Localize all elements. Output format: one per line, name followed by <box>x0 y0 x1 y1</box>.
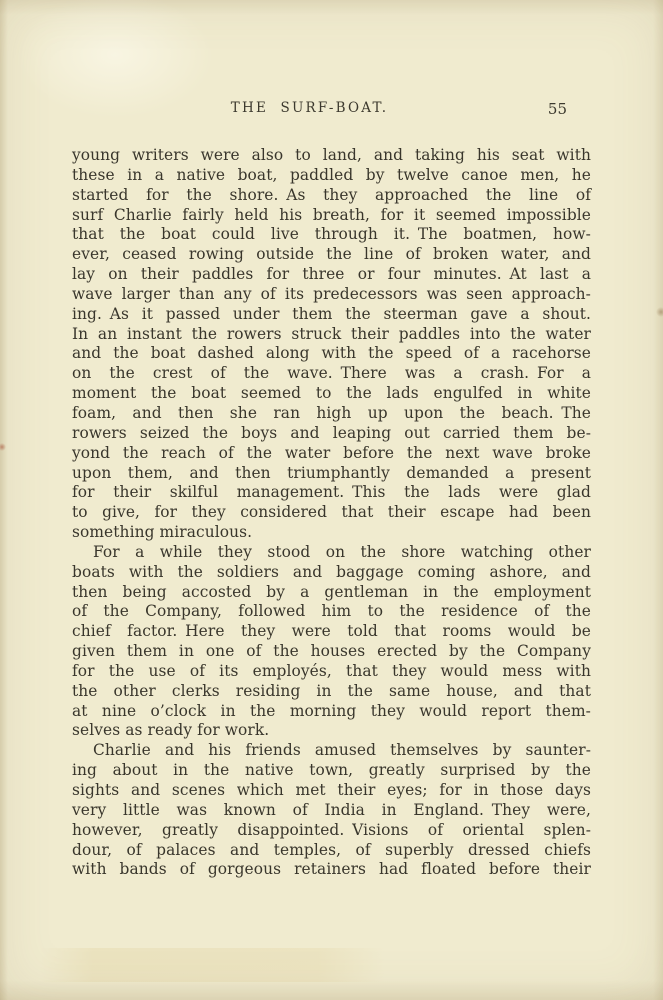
text-line: something miraculous. <box>72 523 591 543</box>
scanned-book-page: THE SURF-BOAT. 55 young writers were als… <box>0 0 663 1000</box>
text-line: For a while they stood on the shore watc… <box>72 543 591 563</box>
text-line: ever, ceased rowing outside the line of … <box>72 245 591 265</box>
text-line: surf Charlie fairly held his breath, for… <box>72 206 591 226</box>
text-line: of the Company, followed him to the resi… <box>72 602 591 622</box>
page-number: 55 <box>548 100 567 118</box>
text-line: ing about in the native town, greatly su… <box>72 761 591 781</box>
text-line: ing. As it passed under them the steerma… <box>72 305 591 325</box>
text-line: and the boat dashed along with the speed… <box>72 344 591 364</box>
text-line: boats with the soldiers and baggage comi… <box>72 563 591 583</box>
text-line: given them in one of the houses erected … <box>72 642 591 662</box>
text-line: foam, and then she ran high up upon the … <box>72 404 591 424</box>
text-line: to give, for they considered that their … <box>72 503 591 523</box>
text-column: THE SURF-BOAT. 55 young writers were als… <box>72 100 591 880</box>
text-line: that the boat could live through it. The… <box>72 225 591 245</box>
paragraph: Charlie and his friends amused themselve… <box>72 741 591 880</box>
text-line: yond the reach of the water before the n… <box>72 444 591 464</box>
text-line: moment the boat seemed to the lads engul… <box>72 384 591 404</box>
text-line: lay on their paddles for three or four m… <box>72 265 591 285</box>
text-line: Charlie and his friends amused themselve… <box>72 741 591 761</box>
running-title: THE SURF-BOAT. <box>50 100 569 116</box>
text-line: upon them, and then triumphantly demande… <box>72 464 591 484</box>
text-line: chief factor. Here they were told that r… <box>72 622 591 642</box>
text-line: however, greatly disappointed. Visions o… <box>72 821 591 841</box>
paragraph: young writers were also to land, and tak… <box>72 146 591 543</box>
text-line: selves as ready for work. <box>72 721 591 741</box>
text-line: for the use of its employés, that they w… <box>72 662 591 682</box>
text-line: sights and scenes which met their eyes; … <box>72 781 591 801</box>
body-text: young writers were also to land, and tak… <box>72 146 591 880</box>
text-line: the other clerks residing in the same ho… <box>72 682 591 702</box>
paragraph: For a while they stood on the shore watc… <box>72 543 591 741</box>
text-line: at nine o’clock in the morning they woul… <box>72 702 591 722</box>
text-line: very little was known of India in Englan… <box>72 801 591 821</box>
text-line: started for the shore. As they approache… <box>72 186 591 206</box>
text-line: with bands of gorgeous retainers had flo… <box>72 860 591 880</box>
text-line: then being accosted by a gentleman in th… <box>72 583 591 603</box>
text-line: these in a native boat, paddled by twelv… <box>72 166 591 186</box>
text-line: dour, of palaces and temples, of superbl… <box>72 841 591 861</box>
text-line: on the crest of the wave. There was a cr… <box>72 364 591 384</box>
text-line: wave larger than any of its predecessors… <box>72 285 591 305</box>
text-line: rowers seized the boys and leaping out c… <box>72 424 591 444</box>
text-line: young writers were also to land, and tak… <box>72 146 591 166</box>
text-line: for their skilful management. This the l… <box>72 483 591 503</box>
page-header: THE SURF-BOAT. 55 <box>72 100 591 120</box>
text-line: In an instant the rowers struck their pa… <box>72 325 591 345</box>
